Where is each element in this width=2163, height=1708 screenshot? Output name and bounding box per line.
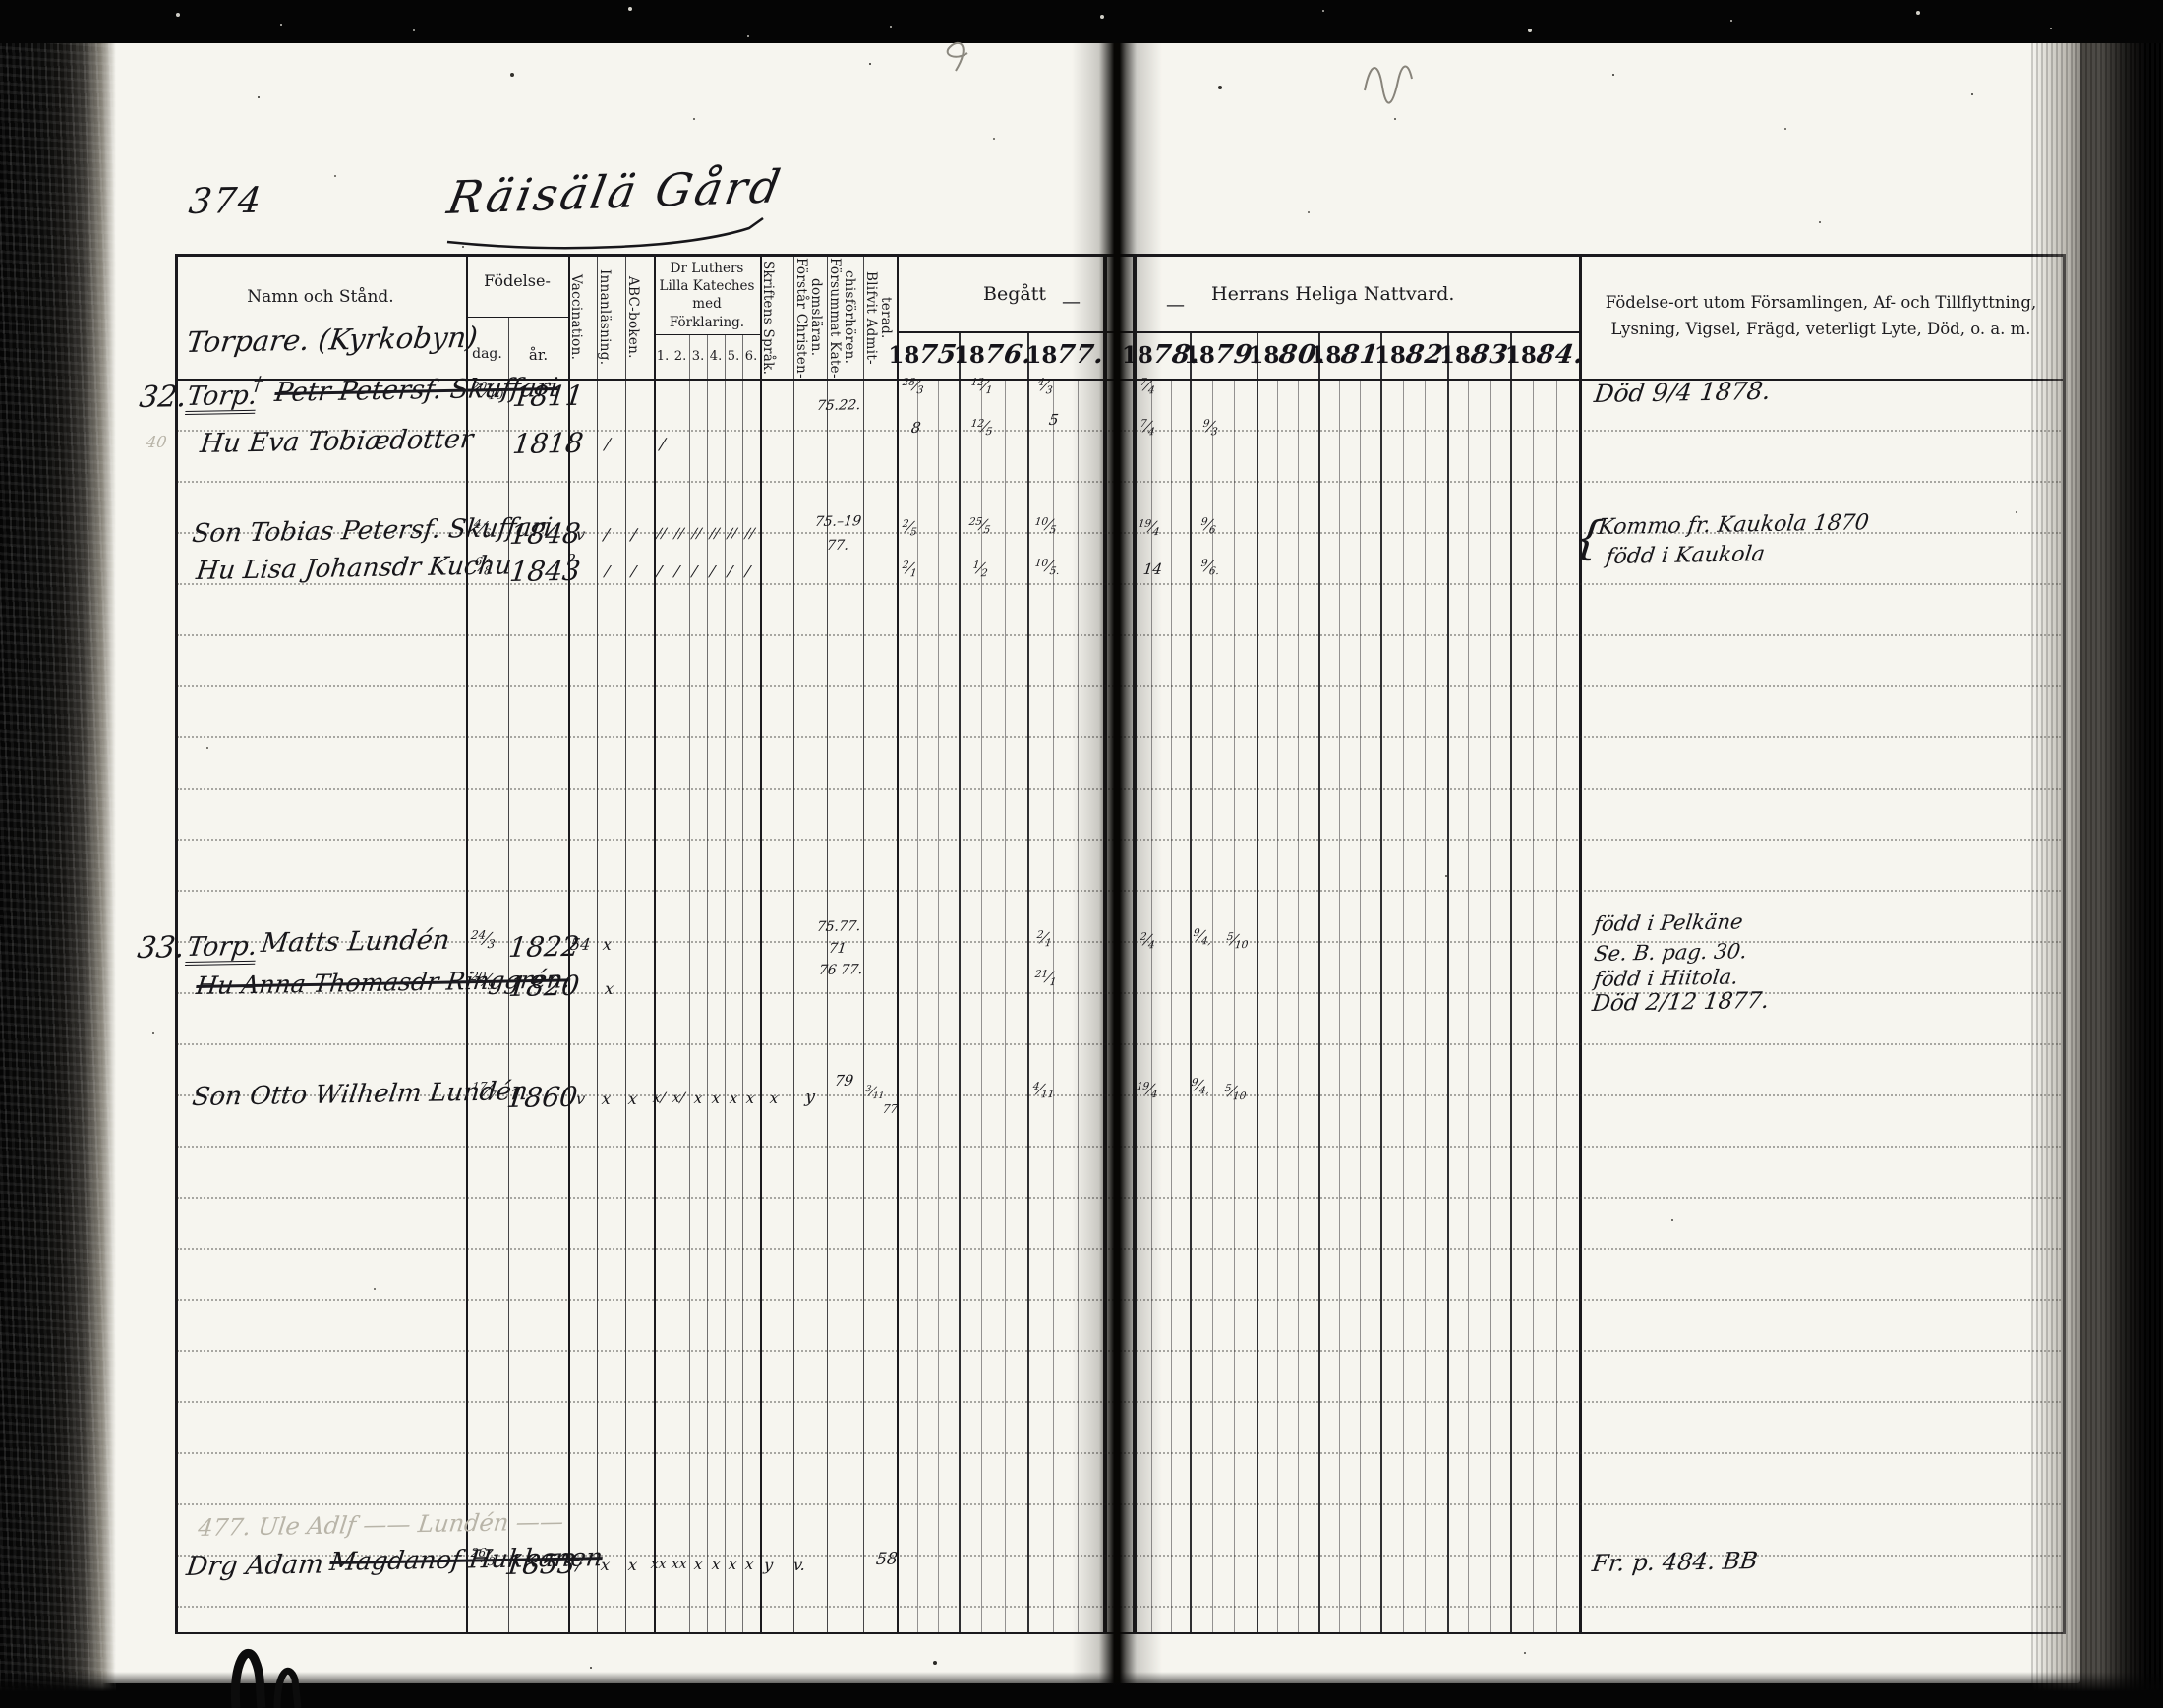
column-header-understands: Förstår Christen- domsläran. <box>793 254 827 379</box>
communion-header-dash: — <box>1166 294 1185 316</box>
column-header-birth-year: år. <box>508 346 568 364</box>
grid-vline <box>1556 379 1557 1634</box>
handwritten-mark: y <box>804 1090 816 1106</box>
grid-vline <box>1533 379 1534 1634</box>
grid-vline <box>863 254 864 1634</box>
row-number-32: 32. <box>138 383 189 413</box>
ruled-dotted-line <box>177 1299 2061 1301</box>
grid-vline <box>725 334 726 1634</box>
handwritten-mark: 4⁄3 <box>1036 378 1054 396</box>
grid-vline <box>1490 379 1491 1634</box>
grid-vline <box>1257 331 1258 1634</box>
grid-vline <box>742 334 743 1634</box>
grid-vline <box>597 254 598 1634</box>
handwritten-mark: 9⁄4, <box>1192 928 1213 947</box>
handwritten-mark: 20⁄9 <box>469 972 497 993</box>
handwritten-mark: 17⁄7 <box>470 1082 497 1103</box>
ruled-dotted-line <box>177 1606 2061 1608</box>
grid-vline <box>1078 379 1079 1634</box>
column-header-reading: Innanläsning. <box>597 254 625 379</box>
entry-name: Drg Adam <box>185 1552 325 1580</box>
grid-vline <box>760 254 762 1634</box>
scanned-book-spread: 374 Räisälä Gård Namn och Stånd. Torpare… <box>0 0 2163 1708</box>
grid-vline <box>1510 331 1512 1634</box>
catechism-sub-5: 5. <box>725 334 742 379</box>
entry-name: Hu Lisa Johansdr Kuchu <box>195 553 513 584</box>
year-header-1875: 1875. <box>897 331 959 379</box>
handwritten-mark: 71 <box>828 942 848 956</box>
handwritten-mark: x/ <box>672 1091 685 1105</box>
handwritten-mark: 2⁄5 <box>901 519 918 538</box>
grid-vline <box>1403 379 1404 1634</box>
grid-vline <box>1171 379 1172 1634</box>
handwritten-mark: 24⁄3 <box>469 930 497 952</box>
handwritten-mark: // <box>744 527 755 541</box>
column-header-birth-day: dag. <box>466 346 508 362</box>
handwritten-mark: 2⁄1 <box>901 560 918 579</box>
ruled-dotted-line <box>177 1350 2061 1352</box>
grid-vline <box>1298 379 1299 1634</box>
grid-vline <box>689 334 690 1634</box>
handwritten-mark: 76 77. <box>818 963 863 977</box>
grid-vline <box>1133 254 1137 1634</box>
entry-occupation: Torp. <box>185 383 259 415</box>
column-header-scripture: Skriftens Språk. <box>760 254 793 379</box>
handwritten-mark: 1820 <box>507 972 581 1001</box>
handwritten-mark: x/ <box>652 1091 666 1105</box>
year-header-1878: 1878. <box>1133 331 1190 379</box>
handwritten-mark: 40 <box>146 435 167 450</box>
catechism-sub-6: 6. <box>742 334 760 379</box>
grid-vline <box>1005 379 1006 1634</box>
handwritten-mark: 75.77. <box>816 919 861 934</box>
grid-hline <box>175 1632 2063 1634</box>
grid-vline <box>466 254 468 1634</box>
handwritten-mark: 1818 <box>511 430 585 458</box>
handwritten-mark: // <box>709 527 720 541</box>
year-header-1884: 1884. <box>1510 331 1579 379</box>
ruled-dotted-line <box>177 941 2061 943</box>
handwritten-mark: 14 <box>1142 562 1163 577</box>
erased-pencil-note: 477. Ule Adlf —— Lundén —— <box>197 1510 565 1540</box>
handwritten-mark: 7⁄4 <box>1139 378 1156 396</box>
handwritten-mark: 10⁄5. <box>1033 559 1061 577</box>
handwritten-mark: xx <box>650 1558 668 1571</box>
handwritten-mark: 21⁄1 <box>1033 970 1058 988</box>
column-header-missed-exams: Försummat Kate- chisförhören. <box>827 254 863 379</box>
ruled-dotted-line <box>177 1401 2061 1403</box>
handwritten-mark: // <box>673 527 684 541</box>
handwritten-mark: 26⁄3 <box>469 1548 497 1569</box>
column-header-notes: Födelse-ort utom Församlingen, Af- och T… <box>1579 254 2063 379</box>
ruled-dotted-line <box>177 1043 2061 1045</box>
grid-vline <box>1447 331 1449 1634</box>
communion-header-dash: — <box>1062 291 1081 313</box>
grid-vline <box>1234 379 1235 1634</box>
handwritten-mark: 75.–19 <box>814 514 862 529</box>
year-header-1882: 1882. <box>1380 331 1447 379</box>
catechism-sub-3: 3. <box>689 334 707 379</box>
handwritten-mark: 4⁄11 <box>1031 1082 1056 1100</box>
catechism-sub-4: 4. <box>707 334 725 379</box>
handwritten-mark: xx <box>671 1558 688 1571</box>
grid-vline <box>1339 379 1340 1634</box>
page-title: Räisälä Gård <box>444 163 787 220</box>
note-birthplace: född i Pelkäne <box>1593 912 1744 935</box>
note-death: Död 9/4 1878. <box>1593 379 1772 406</box>
scan-top-band <box>0 0 2163 43</box>
dust-specks <box>0 0 2 2</box>
ruled-dotted-line <box>177 1146 2061 1148</box>
handwritten-mark: 1⁄2 <box>971 560 989 579</box>
handwritten-mark: 25⁄5 <box>967 517 992 536</box>
note-birthplace: född i Kaukola <box>1605 544 1766 568</box>
column-header-birth: Födelse- <box>466 271 568 290</box>
handwritten-mark: 9⁄3 <box>1201 419 1219 438</box>
grid-vline <box>1360 379 1361 1634</box>
handwritten-mark: 3⁄11 <box>864 1086 886 1102</box>
communion-header-begatt: Begått <box>983 283 1046 305</box>
catechism-sub-2: 2. <box>672 334 689 379</box>
handwritten-mark: 2⁄1 <box>1035 930 1053 949</box>
handwritten-mark: 5⁄10 <box>1225 932 1250 951</box>
handwritten-mark: // <box>727 527 737 541</box>
grid-vline <box>938 379 939 1634</box>
grid-vline <box>1380 331 1382 1634</box>
handwritten-mark: 9⁄6. <box>1199 559 1221 577</box>
note-reference: Fr. p. 484. BB <box>1591 1549 1759 1575</box>
ruled-dotted-line <box>177 583 2061 585</box>
communion-header-nattvard: Herrans Heliga Nattvard. <box>1211 283 1454 305</box>
year-header-1879: 1879. <box>1190 331 1257 379</box>
year-header-1883: 1883. <box>1447 331 1510 379</box>
grid-vline <box>959 331 961 1634</box>
grid-vline <box>654 254 656 1634</box>
ruled-dotted-line <box>177 1248 2061 1250</box>
scan-bottom-band <box>0 1672 2163 1708</box>
occupation-note: Torpare. (Kyrkobyn) <box>185 324 479 357</box>
grid-vline <box>1277 379 1278 1634</box>
handwritten-mark: 1848 <box>508 520 582 549</box>
book-left-edge <box>0 0 116 1708</box>
entry-occupation: Torp. <box>185 933 259 966</box>
note-migration: Kommo fr. Kaukola 1870 <box>1597 512 1870 539</box>
ruled-dotted-line <box>177 788 2061 790</box>
ruled-dotted-line <box>177 685 2061 687</box>
grid-vline <box>793 254 794 1634</box>
grid-vline <box>1103 254 1107 1634</box>
grid-vline <box>1579 254 1582 1634</box>
handwritten-mark: 19⁄4 <box>1137 519 1161 538</box>
handwritten-mark: 79 <box>834 1074 854 1089</box>
column-header-name: Namn och Stånd. <box>175 287 466 307</box>
handwritten-mark: 4⁄6 <box>472 519 493 541</box>
handwritten-mark: 5 <box>1048 413 1059 428</box>
grid-vline <box>672 334 672 1634</box>
ruled-dotted-line <box>177 736 2061 738</box>
handwritten-mark: 8 <box>910 421 921 436</box>
grid-vline <box>707 334 708 1634</box>
column-header-catechism: Dr Luthers Lilla Kateches med Förklaring… <box>654 260 760 331</box>
year-header-1881: 1881. <box>1318 331 1380 379</box>
column-header-vaccination: Vaccination. <box>568 254 597 379</box>
ruled-dotted-line <box>177 1503 2061 1505</box>
note-reference: Se. B. pag. 30. <box>1593 941 1748 965</box>
row-number-33: 33. <box>136 933 187 964</box>
handwritten-mark: 1860 <box>505 1084 579 1112</box>
entry-name: Son Tobias Petersf. Skuffari <box>191 515 554 547</box>
grid-vline <box>1318 331 1320 1634</box>
grid-vline <box>897 254 899 1634</box>
catechism-sub-1: 1. <box>654 334 672 379</box>
grid-vline <box>1190 331 1192 1634</box>
handwritten-mark: 19⁄4 <box>1135 1082 1159 1100</box>
grid-vline <box>625 254 626 1634</box>
handwritten-mark: 58 <box>875 1552 899 1568</box>
handwritten-mark: 77 <box>882 1103 899 1115</box>
ruled-dotted-line <box>177 890 2061 892</box>
page-number: 374 <box>187 184 264 220</box>
entry-name: Matts Lundén <box>260 927 451 957</box>
ruled-dotted-line <box>177 634 2061 636</box>
handwritten-mark: 9⁄4, <box>1190 1078 1211 1096</box>
handwritten-mark: ? <box>565 553 576 568</box>
handwritten-mark: 6⁄8 <box>473 557 494 578</box>
ruled-dotted-line <box>177 1197 2061 1199</box>
handwritten-mark: 28⁄3 <box>901 378 925 396</box>
grid-vline <box>1468 379 1469 1634</box>
handwritten-mark: 75.22. <box>816 398 861 413</box>
grid-hline <box>175 254 2063 257</box>
grid-hline <box>654 334 760 335</box>
handwritten-mark: 7⁄4 <box>1139 419 1156 438</box>
handwritten-mark: 5⁄10 <box>1223 1084 1248 1102</box>
handwritten-mark: 20⁄10 <box>470 381 505 402</box>
entry-name: Hu Eva Tobiædotter <box>199 426 475 457</box>
handwritten-mark: 54 <box>569 937 591 953</box>
ruled-dotted-line <box>177 481 2061 483</box>
handwritten-mark: 1811 <box>511 383 585 411</box>
column-header-abc-book: ABC-boken. <box>625 254 654 379</box>
handwritten-mark: 2⁄4 <box>1139 932 1156 951</box>
year-header-1876: 1876. <box>959 331 1027 379</box>
grid-vline <box>1425 379 1426 1634</box>
grid-vline <box>1027 331 1029 1634</box>
handwritten-mark: 12⁄1 <box>969 378 994 396</box>
ruled-dotted-line <box>177 839 2061 841</box>
note-death: Död 2/12 1877. <box>1591 990 1770 1016</box>
handwritten-mark: 77. <box>826 539 849 553</box>
handwritten-mark: 9⁄6 <box>1199 517 1217 536</box>
note-birthplace: född i Hiitola. <box>1593 967 1739 990</box>
handwritten-mark: 1853 <box>503 1551 577 1579</box>
year-header-1877: 1877. <box>1027 331 1103 379</box>
grid-vline <box>827 254 828 1634</box>
ruled-dotted-line <box>177 1452 2061 1454</box>
handwritten-mark: 10⁄5 <box>1033 517 1058 536</box>
handwritten-mark: v. <box>792 1558 806 1573</box>
handwritten-mark: // <box>691 527 702 541</box>
handwritten-mark: // <box>656 527 667 541</box>
handwritten-mark: 12⁄5 <box>969 419 994 438</box>
grid-hline <box>466 317 568 318</box>
book-right-edge <box>2031 0 2163 1708</box>
